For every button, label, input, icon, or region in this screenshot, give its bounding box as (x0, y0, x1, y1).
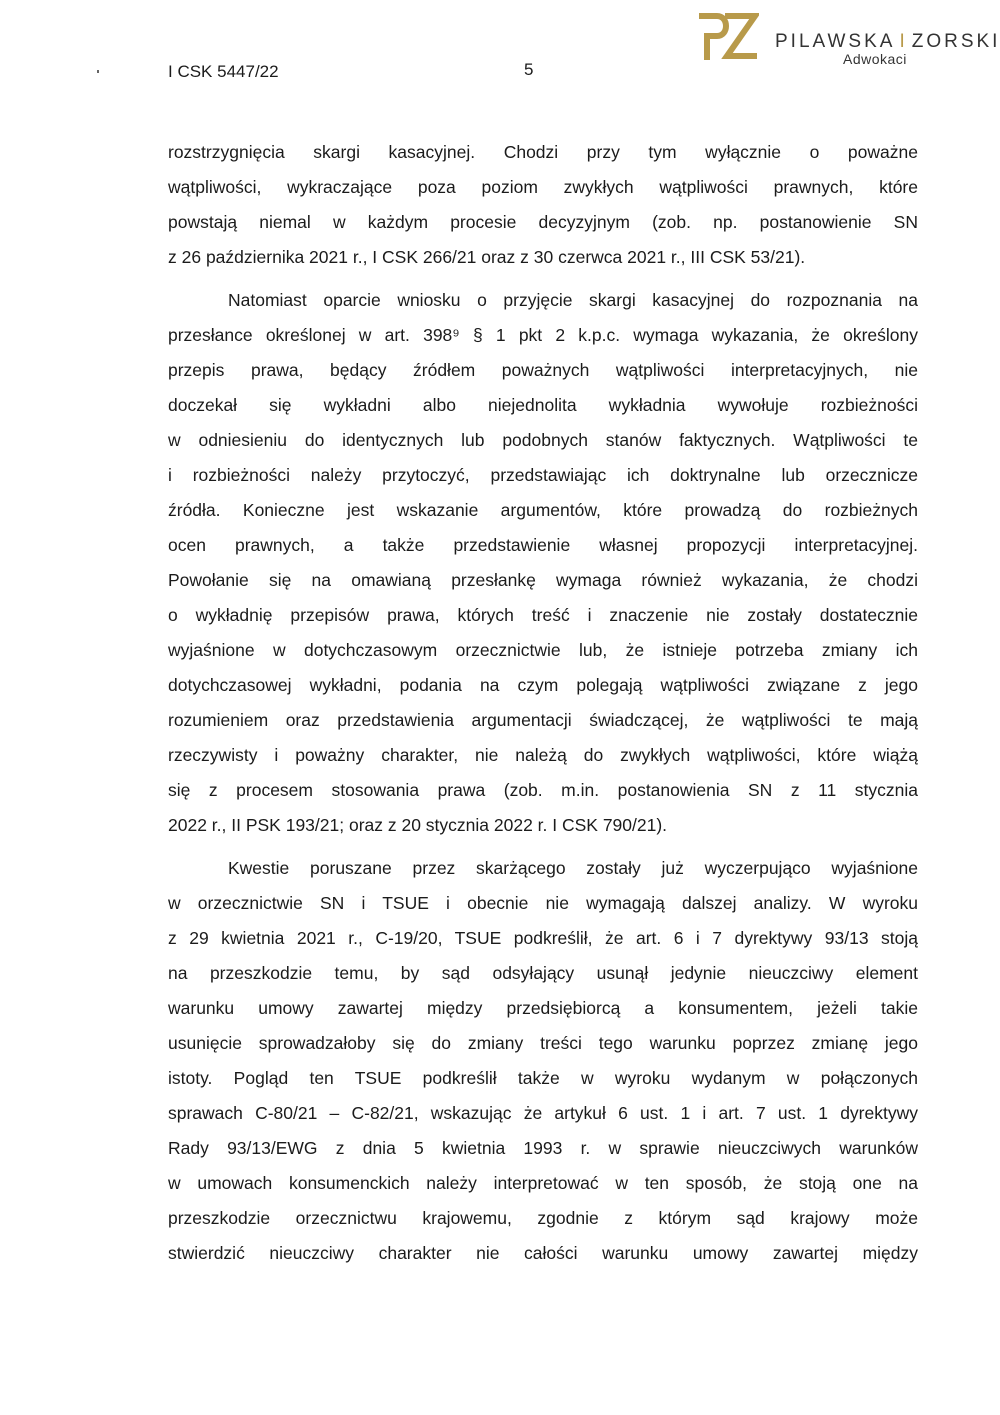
text-line: przesłance określonej w art. 398⁹ § 1 pk… (168, 325, 918, 346)
text-line: z 26 października 2021 r., I CSK 266/21 … (168, 247, 918, 268)
case-reference: I CSK 5447/22 (168, 62, 279, 82)
text-line: doczekał się wykładni albo niejednolita … (168, 395, 918, 416)
text-line: rzeczywisty i poważny charakter, nie nal… (168, 745, 918, 766)
text-line: przepis prawa, będący źródłem poważnych … (168, 360, 918, 381)
text-line: wątpliwości, wykraczające poza poziom zw… (168, 177, 918, 198)
text-line: istoty. Pogląd ten TSUE podkreślił także… (168, 1068, 918, 1089)
text-line: dotychczasowej wykładni, podania na czym… (168, 675, 918, 696)
text-line: Rady 93/13/EWG z dnia 5 kwietnia 1993 r.… (168, 1138, 918, 1159)
text-line: rozumieniem oraz przedstawienia argument… (168, 710, 918, 731)
text-line: przeszkodzie orzecznictwu krajowemu, zgo… (168, 1208, 918, 1229)
text-line: Kwestie poruszane przez skarżącego zosta… (168, 858, 918, 879)
text-line: na przeszkodzie temu, by sąd odsyłający … (168, 963, 918, 984)
text-line: usunięcie sprowadzałoby się do zmiany tr… (168, 1033, 918, 1054)
text-line: Powołanie się na omawianą przesłankę wym… (168, 570, 918, 591)
text-line: warunku umowy zawartej między przedsiębi… (168, 998, 918, 1019)
text-line: powstają niemal w każdym procesie decyzy… (168, 212, 918, 233)
text-line: o wykładnię przepisów prawa, których tre… (168, 605, 918, 626)
text-line: w umowach konsumenckich należy interpret… (168, 1173, 918, 1194)
scan-speck (97, 70, 99, 73)
pz-monogram-icon (695, 10, 759, 62)
text-line: w orzecznictwie SN i TSUE i obecnie nie … (168, 893, 918, 914)
page-number: 5 (524, 60, 533, 80)
text-line: Natomiast oparcie wniosku o przyjęcie sk… (168, 290, 918, 311)
text-line: w odniesieniu do identycznych lub podobn… (168, 430, 918, 451)
text-line: stwierdzić nieuczciwy charakter nie cało… (168, 1243, 918, 1264)
law-firm-logo: PILAWSKAIZORSKI Adwokaci (695, 10, 995, 70)
text-line: ocen prawnych, a także przedstawienie wł… (168, 535, 918, 556)
text-line: źródła. Konieczne jest wskazanie argumen… (168, 500, 918, 521)
text-line: rozstrzygnięcia skargi kasacyjnej. Chodz… (168, 142, 918, 163)
firm-name: PILAWSKAIZORSKI (775, 31, 1000, 53)
text-line: się z procesem stosowania prawa (zob. m.… (168, 780, 918, 801)
text-line: z 29 kwietnia 2021 r., C-19/20, TSUE pod… (168, 928, 918, 949)
text-line: 2022 r., II PSK 193/21; oraz z 20 styczn… (168, 815, 918, 836)
text-line: sprawach C-80/21 – C-82/21, wskazując że… (168, 1103, 918, 1124)
text-line: wyjaśnione w dotychczasowym orzecznictwi… (168, 640, 918, 661)
firm-subtitle: Adwokaci (843, 51, 907, 67)
text-line: i rozbieżności należy przytoczyć, przeds… (168, 465, 918, 486)
